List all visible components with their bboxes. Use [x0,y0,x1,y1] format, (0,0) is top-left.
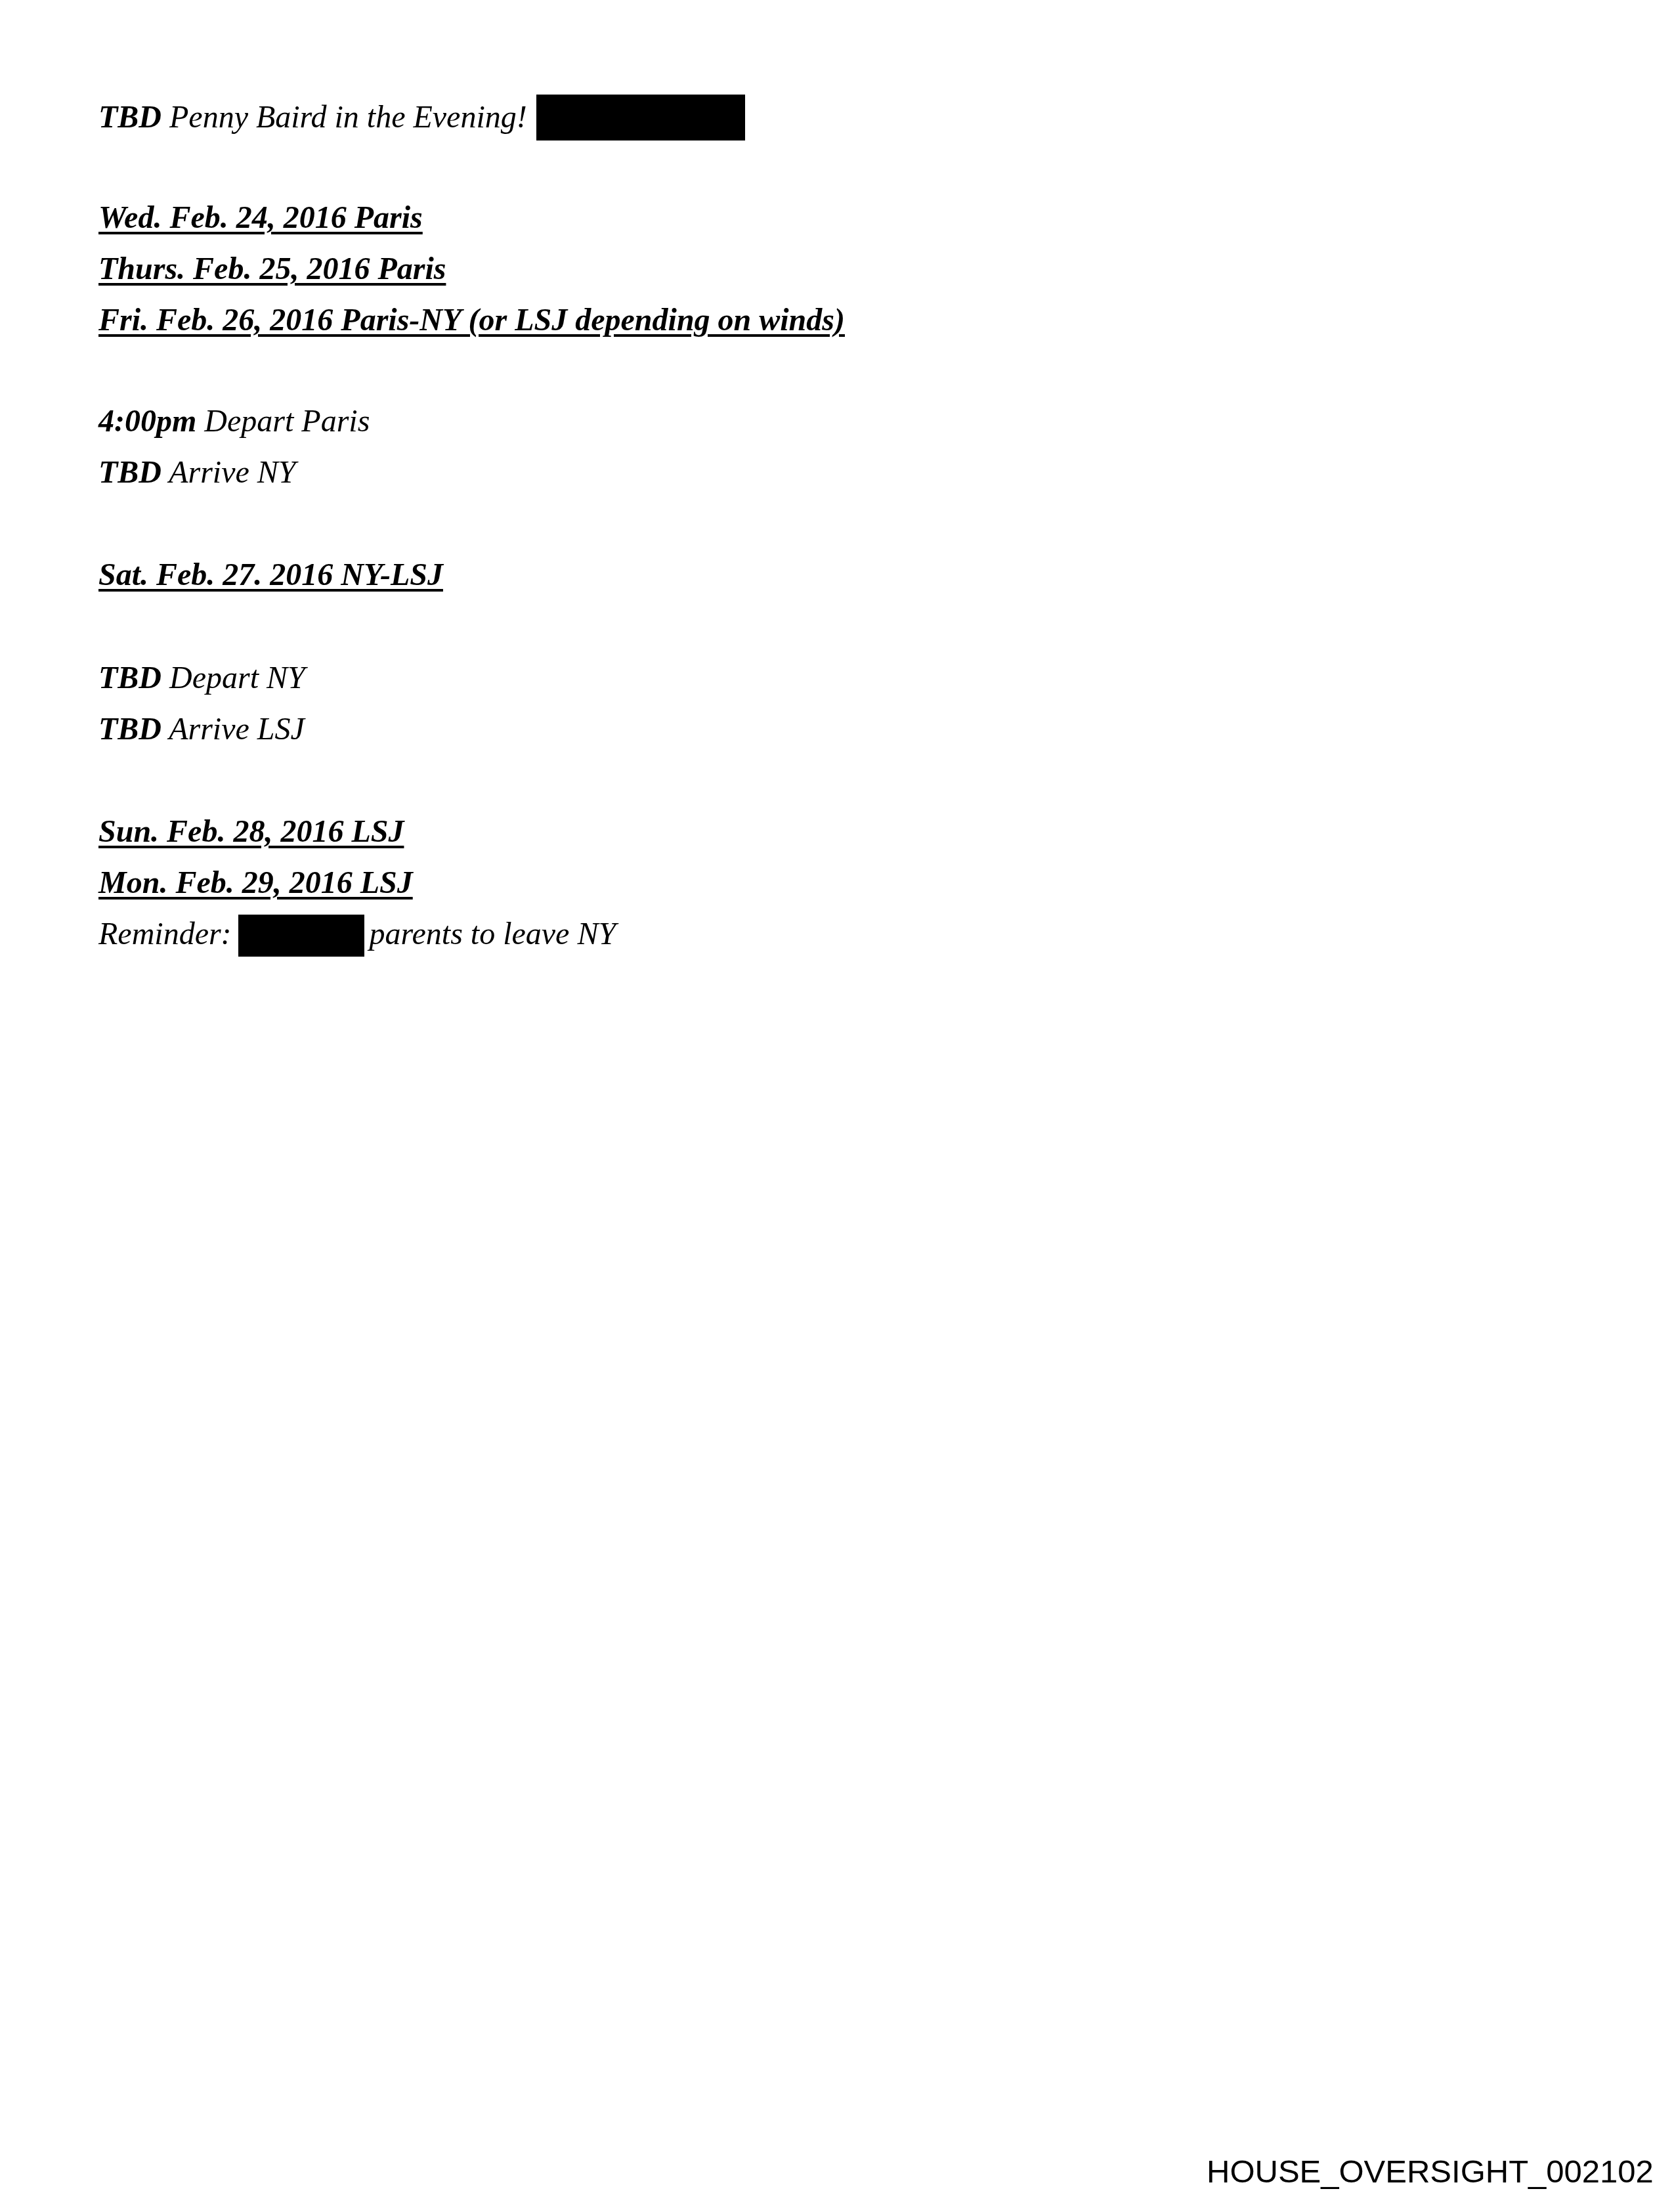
bates-number: HOUSE_OVERSIGHT_002102 [1207,2152,1654,2192]
entry-text: Arrive NY [169,455,295,490]
date-heading-feb-25: Thurs. Feb. 25, 2016 Paris [98,249,446,289]
entry-time: TBD [98,712,161,747]
entry-text: Arrive LSJ [169,712,305,747]
reminder-prefix: Reminder: [98,917,232,951]
date-heading-feb-26: Fri. Feb. 26, 2016 Paris-NY (or LSJ depe… [98,301,845,340]
date-heading-feb-29: Mon. Feb. 29, 2016 LSJ [98,863,413,903]
entry-time: TBD [98,100,161,135]
entry-time: 4:00pm [98,404,196,439]
entry-time: TBD [98,661,161,695]
document-page: TBD Penny Baird in the Evening! Wed. Feb… [0,0,1674,2212]
reminder-line: Reminder:parents to leave NY [98,915,616,958]
entry-arrive-ny: TBD Arrive NY [98,453,295,492]
entry-penny-baird: TBD Penny Baird in the Evening! [98,97,745,143]
entry-depart-paris: 4:00pm Depart Paris [98,402,370,441]
entry-text: Depart NY [169,661,305,695]
redaction-box [238,915,364,957]
reminder-suffix: parents to leave NY [370,917,616,951]
entry-text: Depart Paris [204,404,370,439]
entry-text: Penny Baird in the Evening! [169,100,527,135]
date-heading-feb-27: Sat. Feb. 27. 2016 NY-LSJ [98,555,443,595]
entry-arrive-lsj: TBD Arrive LSJ [98,710,305,749]
date-heading-feb-28: Sun. Feb. 28, 2016 LSJ [98,812,404,852]
entry-time: TBD [98,455,161,490]
entry-depart-ny: TBD Depart NY [98,659,305,698]
redaction-box [536,95,745,141]
date-heading-feb-24: Wed. Feb. 24, 2016 Paris [98,198,423,238]
